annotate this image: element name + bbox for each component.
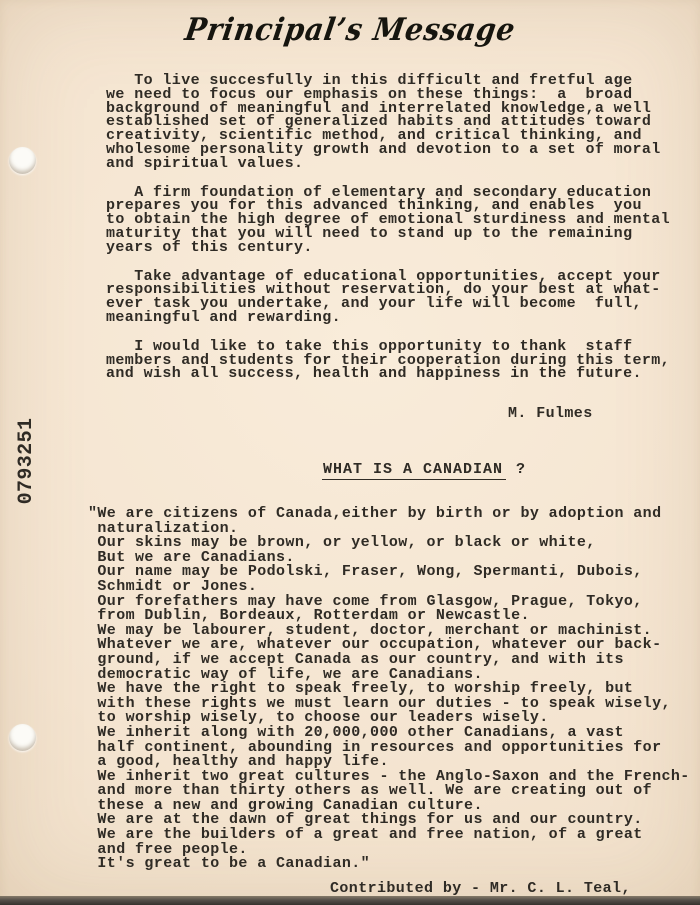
what-is-a-canadian-section: WHAT IS A CANADIAN ? "We are citizens of… [88,447,700,905]
message-paragraph-3: Take advantage of educational opportunit… [106,270,672,325]
page-title: Principal’s Message [182,12,518,48]
message-paragraph-2: A firm foundation of elementary and seco… [106,186,672,255]
poem-text: "We are citizens of Canada,either by bir… [88,507,700,872]
message-paragraph-4: I would like to take this opportunity to… [106,340,672,381]
section-heading: WHAT IS A CANADIAN ? [88,447,700,492]
serial-number-stamp: 0793251 [16,381,38,541]
section-heading-question-mark: ? [506,461,526,478]
title-row: Principal’s Message [0,12,700,48]
section-heading-text: WHAT IS A CANADIAN [322,461,506,480]
scan-bottom-edge [0,896,700,905]
message-paragraph-1: To live succesfully in this difficult an… [106,74,672,171]
hole-punch-bottom [9,724,36,751]
principal-signature: M. Fulmes [508,406,672,421]
hole-punch-top [9,147,36,174]
principal-message: To live succesfully in this difficult an… [106,74,672,421]
document-page: 0793251 Principal’s Message To live succ… [0,0,700,905]
